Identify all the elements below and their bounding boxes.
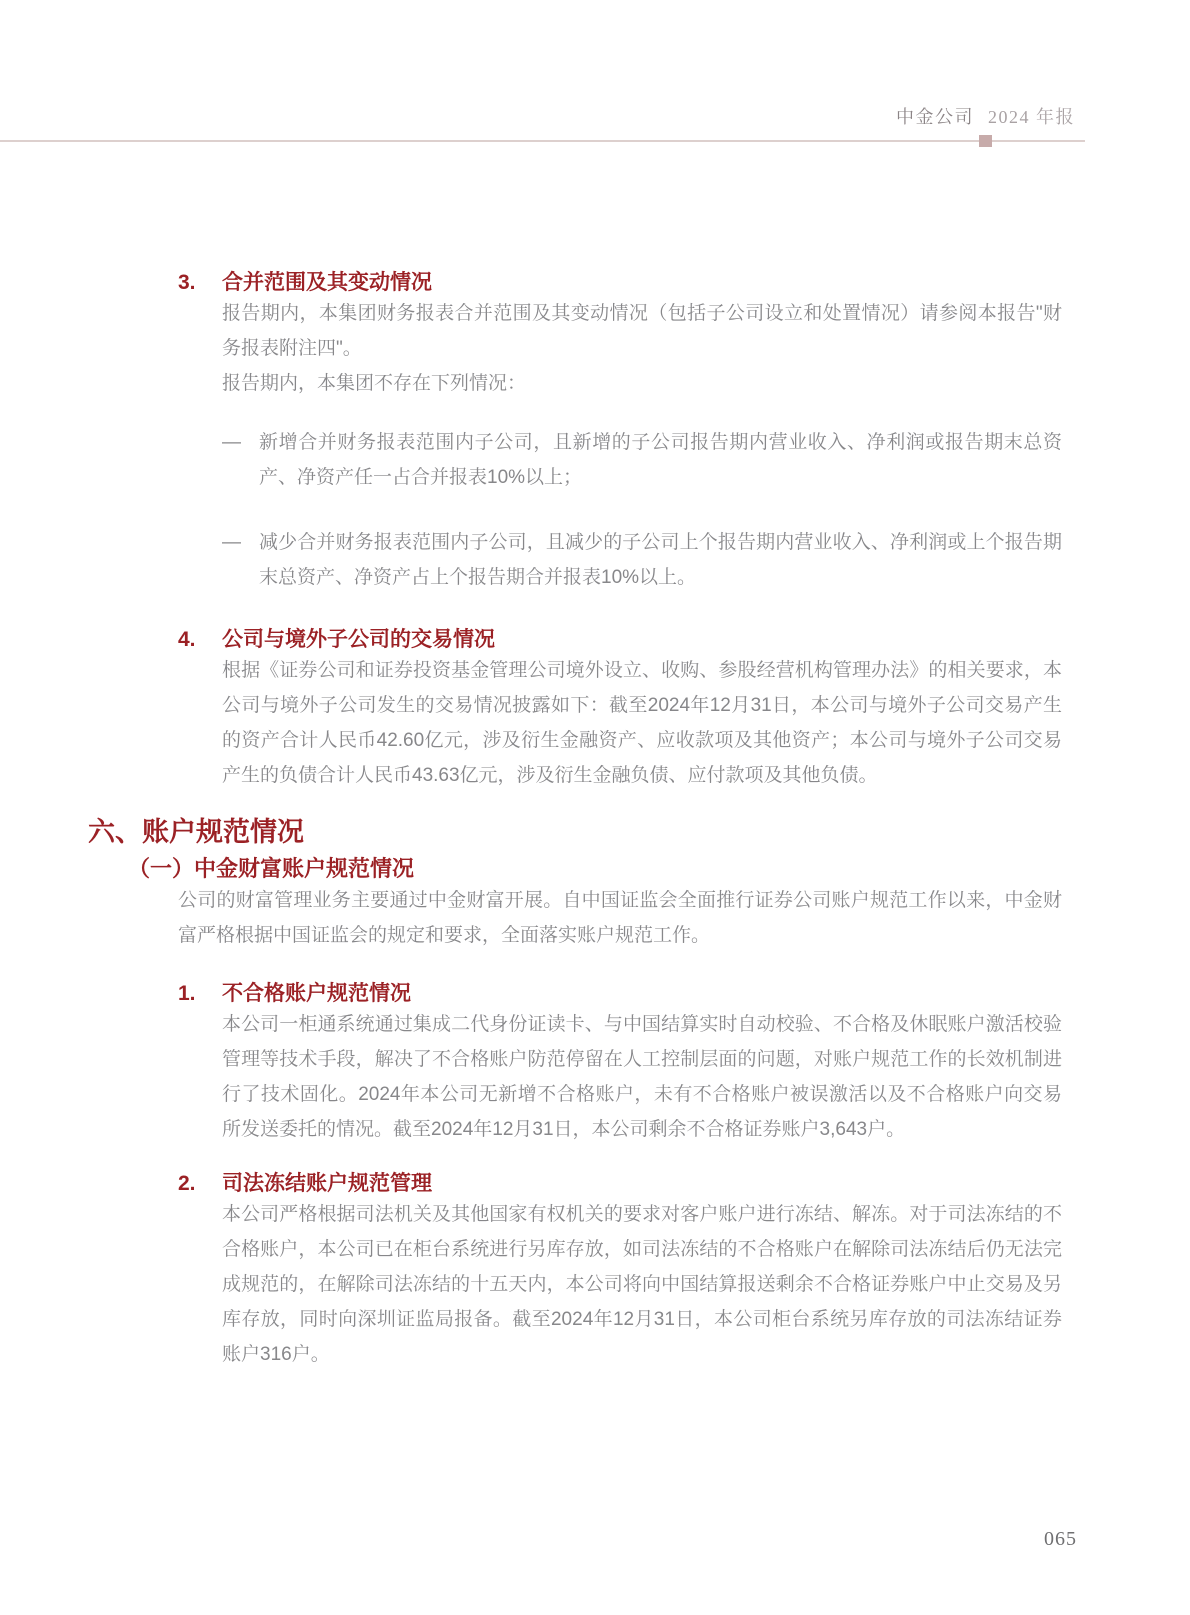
subsection-1-title: 不合格账户规范情况 bbox=[222, 981, 411, 1007]
subsection-2-number: 2. bbox=[178, 1171, 222, 1197]
subsection-2-paragraph: 本公司严格根据司法机关及其他国家有权机关的要求对客户账户进行冻结、解冻。对于司法… bbox=[222, 1197, 1062, 1372]
subsection-2-heading: 2.司法冻结账户规范管理 bbox=[178, 1171, 1190, 1197]
chapter-6-sub1-paragraph: 公司的财富管理业务主要通过中金财富开展。自中国证监会全面推行证券公司账户规范工作… bbox=[178, 883, 1062, 953]
section-4-number: 4. bbox=[178, 627, 222, 653]
section-4-heading: 4.公司与境外子公司的交易情况 bbox=[178, 627, 1190, 653]
chapter-6-heading: 六、账户规范情况 bbox=[88, 817, 1190, 847]
section-3-number: 3. bbox=[178, 270, 222, 296]
bullet-item: —新增合并财务报表范围内子公司，且新增的子公司报告期内营业收入、净利润或报告期末… bbox=[222, 425, 1062, 495]
chapter-6-sub1-heading: （一）中金财富账户规范情况 bbox=[128, 855, 1190, 883]
subsection-1-heading: 1.不合格账户规范情况 bbox=[178, 981, 1190, 1007]
subsection-2-title: 司法冻结账户规范管理 bbox=[222, 1171, 432, 1197]
subsection-1-paragraph: 本公司一柜通系统通过集成二代身份证读卡、与中国结算实时自动校验、不合格及休眠账户… bbox=[222, 1007, 1062, 1147]
bullet-dash: — bbox=[222, 525, 259, 595]
report-page: 中金公司2024 年报 3.合并范围及其变动情况 报告期内，本集团财务报表合并范… bbox=[0, 0, 1190, 1615]
section-4-title: 公司与境外子公司的交易情况 bbox=[222, 627, 495, 653]
page-content: 3.合并范围及其变动情况 报告期内，本集团财务报表合并范围及其变动情况（包括子公… bbox=[0, 270, 1190, 1372]
section-4-paragraph: 根据《证券公司和证券投资基金管理公司境外设立、收购、参股经营机构管理办法》的相关… bbox=[222, 653, 1062, 793]
section-3-title: 合并范围及其变动情况 bbox=[222, 270, 432, 296]
company-name: 中金公司 bbox=[896, 107, 974, 127]
running-header: 中金公司2024 年报 bbox=[0, 103, 1075, 129]
header-rule-marker bbox=[979, 135, 992, 147]
page-number: 065 bbox=[1044, 1528, 1077, 1551]
bullet-item: —减少合并财务报表范围内子公司，且减少的子公司上个报告期内营业收入、净利润或上个… bbox=[222, 525, 1062, 595]
bullet-text: 新增合并财务报表范围内子公司，且新增的子公司报告期内营业收入、净利润或报告期末总… bbox=[259, 425, 1062, 495]
section-3-heading: 3.合并范围及其变动情况 bbox=[178, 270, 1190, 296]
subsection-1-number: 1. bbox=[178, 981, 222, 1007]
header-rule bbox=[0, 140, 1085, 142]
bullet-dash: — bbox=[222, 425, 259, 495]
section-3-paragraph-2: 报告期内，本集团不存在下列情况： bbox=[222, 366, 1062, 401]
report-year: 2024 年报 bbox=[988, 107, 1075, 127]
section-3-paragraph-1: 报告期内，本集团财务报表合并范围及其变动情况（包括子公司设立和处置情况）请参阅本… bbox=[222, 296, 1062, 366]
bullet-text: 减少合并财务报表范围内子公司，且减少的子公司上个报告期内营业收入、净利润或上个报… bbox=[259, 525, 1062, 595]
